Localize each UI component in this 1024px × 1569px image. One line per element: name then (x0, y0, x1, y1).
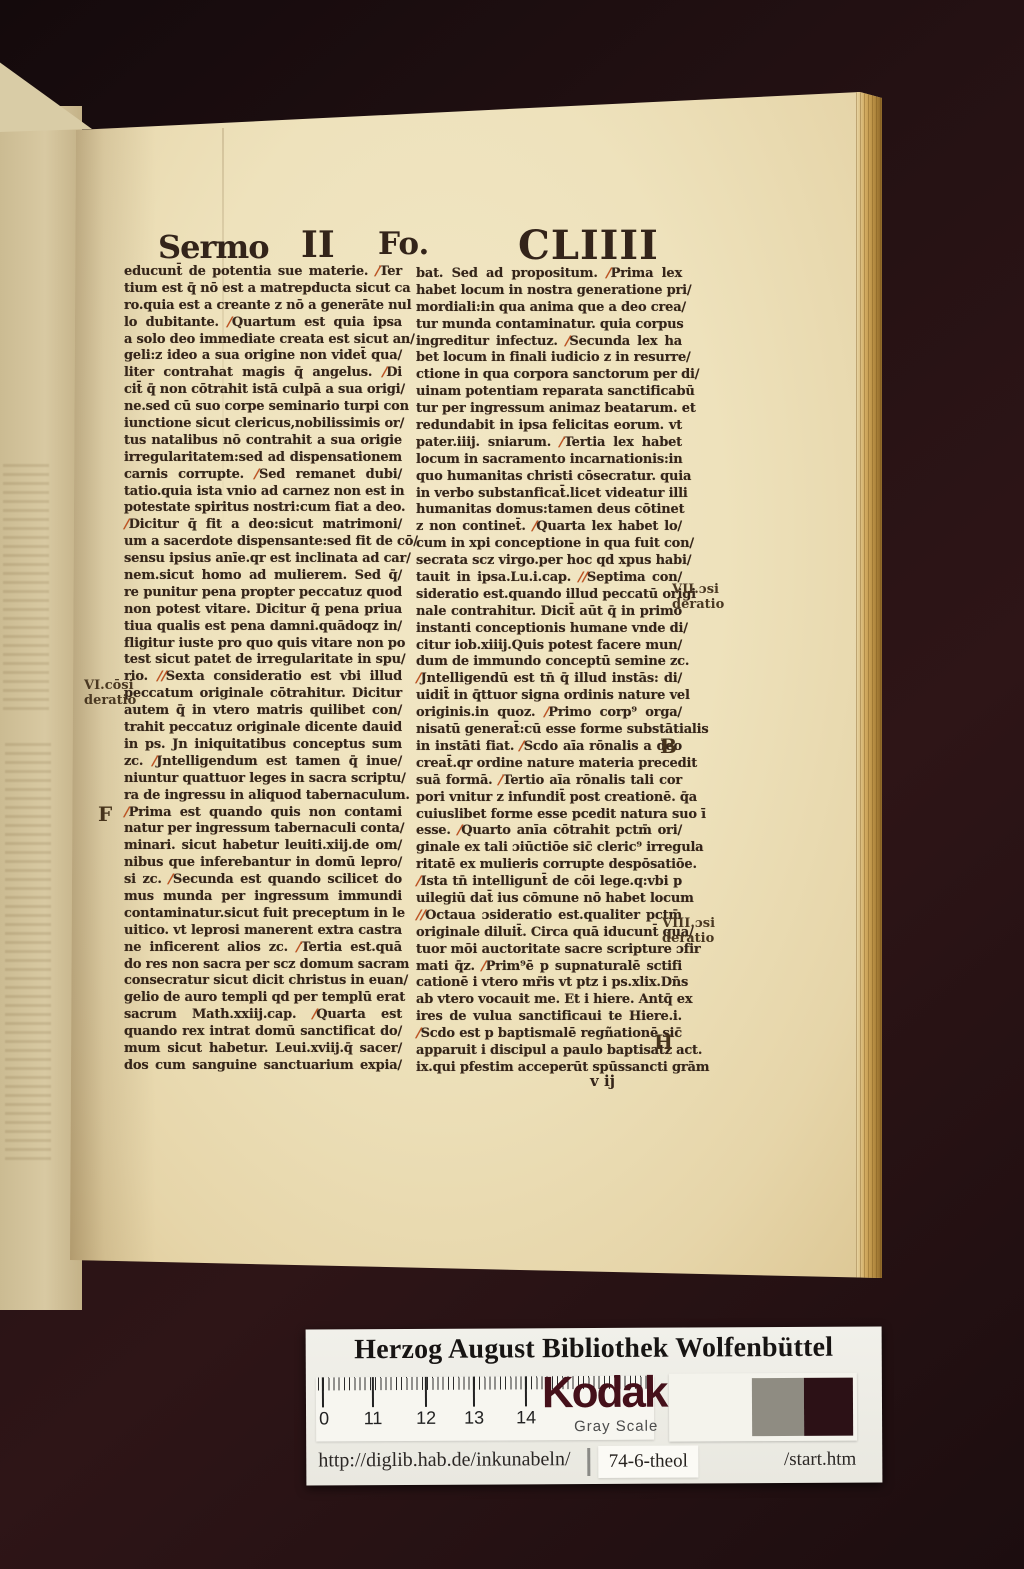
text-line: secrata scz virgo.per hoc qd xpus habi/ (416, 553, 682, 570)
text-line: cuiuslibet forme esse pcedit natura suo … (416, 807, 682, 824)
text-line: irregularitatem:sed ad dispensationem (124, 450, 402, 467)
text-line: potestate spiritus nostri:cum fiat a deo… (124, 500, 402, 517)
text-line: /Jntelligendū est tn̄ q̄ illud instās: d… (416, 671, 682, 688)
header-folio-label: Fo. (378, 226, 429, 262)
text-line: educunt̄ de potentia sue materie. /Ter (124, 264, 402, 281)
text-line: ne.sed cū suo corpe seminario turpi con (124, 399, 402, 416)
text-line: quo humanitas christi cōsecratur. quia (416, 469, 682, 486)
start-page-path: /start.htm (784, 1449, 856, 1471)
header-folio-number: CLIIII (518, 222, 659, 269)
bleed-through-text (5, 740, 51, 1160)
text-line: quando rex intrat domū sanctificat do/ (124, 1024, 402, 1041)
text-line: originale diluit̄. Circa quā iducunt̄ qu… (416, 925, 682, 942)
text-line: z non continet̄. /Quarta lex habet lo/ (416, 519, 682, 536)
bleed-through-text (3, 460, 49, 710)
ruler-number: 12 (416, 1408, 436, 1429)
text-line: /Dicitur q̄ fit a deo:sicut matrimoni/ (124, 517, 402, 534)
text-line: mum sicut habetur. Leui.xviij.q̄ sacer/ (124, 1041, 402, 1058)
text-line: sideratio est.quando illud peccatū origi (416, 587, 682, 604)
text-line: /Scdo est p baptismalē regñationē sic̄ (416, 1026, 682, 1043)
margin-note-consideratio-vii: VII.ɔsi deratio (672, 582, 724, 612)
header-sermon-number: II (301, 224, 335, 266)
shelfmark: 74-6-theol (598, 1445, 698, 1478)
margin-note-line: VII.ɔsi (672, 582, 724, 597)
text-line: sensu ipsius anīe.qr est inclinata ad ca… (124, 551, 402, 568)
ruler-number: 13 (464, 1408, 484, 1429)
margin-note-line: deratio (84, 693, 136, 708)
text-line: nem.sicut homo ad mulierem. Sed q̄/ (124, 568, 402, 585)
ruler-major-tick (372, 1377, 374, 1407)
text-line: cum in xpi conceptione in qua fuit con/ (416, 536, 682, 553)
text-line: //Octaua ɔsideratio est.qualiter pctm̄ (416, 908, 682, 925)
text-line: tiua qualis est pena damni.quādoqz in/ (124, 619, 402, 636)
digital-library-url: http://diglib.hab.de/inkunabeln/ (318, 1448, 570, 1472)
text-line: ritatē ex mulieris corrupte despōsatiōe. (416, 857, 682, 874)
text-line: ra de ingressu in aliquod tabernaculum. (124, 788, 402, 805)
text-line: in verbo substanficat̄.licet videatur il… (416, 486, 682, 503)
text-line: ires de vulua sanctificaui te Hiere.i. (416, 1009, 682, 1026)
text-line: zc. /Jntelligendum est tamen q̄ inue/ (124, 754, 402, 771)
text-line: non potest vitare. Dicitur q̄ pena priua (124, 602, 402, 619)
text-line: re punitur pena propter peccatuz quod (124, 585, 402, 602)
banner-bottom-row: http://diglib.hab.de/inkunabeln/ 74-6-th… (306, 1442, 882, 1483)
text-line: humanitas domus:tamen deus cōtinet (416, 502, 682, 519)
text-line: nibus que inferebantur in domū lepro/ (124, 855, 402, 872)
shelfmark-box: 74-6-theol (598, 1445, 698, 1478)
text-line: iunctione sicut clericus,nobilissimis or… (124, 416, 402, 433)
ruler-number: 11 (364, 1408, 383, 1429)
text-line: pater.iiij. sniarum. /Tertia lex habet (416, 435, 682, 452)
text-line: nale contrahitur. Dicit̄ aūt q̄ in primo (416, 604, 682, 621)
text-line: test sicut patet de irregularitate in sp… (124, 652, 402, 669)
margin-note-consideratio-vi: VI.cōsi deratio (84, 678, 136, 708)
text-line: uilegiū dat̄ ius cōmune nō habet locum (416, 891, 682, 908)
text-line: trahit peccatuz originale dicente dauid (124, 720, 402, 737)
separator-bar (587, 1448, 590, 1476)
text-line: ne inficerent alios zc. /Tertia est.quā (124, 940, 402, 957)
text-line: lo dubitante. /Quartum est quia ipsa (124, 315, 402, 332)
text-line: rio. //Sexta consideratio est vbi illud (124, 669, 402, 686)
text-line: cationē i vtero mr̄is vt ptz i ps.xlix.D… (416, 975, 682, 992)
text-line: uitico. vt leprosi manerent extra castra (124, 923, 402, 940)
text-line: contaminatur.sicut fuit preceptum in le (124, 906, 402, 923)
text-line: tuor mōi auctoritate sacre scripture ɔfi… (416, 942, 682, 959)
text-line: tur munda contaminatur. quia corpus (416, 317, 682, 334)
text-line: mati q̄z. /Prim⁹ē p supnaturalē sctifi (416, 959, 682, 976)
patch-white (673, 1378, 752, 1436)
text-line: suā formā. /Tertio aīa rōnalis tali cor (416, 773, 682, 790)
text-line: esse. /Quarto anīa cōtrahit pctm̄ ori/ (416, 823, 682, 840)
ruler-major-tick (425, 1377, 427, 1407)
margin-note-consideratio-viii: VIII.ɔsi deratio (662, 916, 715, 946)
text-line: cit̄ q̄ non cōtrahit istā culpā a sua or… (124, 382, 402, 399)
text-line: ingreditur infectuz. /Secunda lex ha (416, 334, 682, 351)
text-column-left: educunt̄ de potentia sue materie. /Terti… (124, 264, 402, 1075)
margin-note-line: deratio (662, 931, 715, 946)
text-line: a solo deo immediate creata est sicut an… (124, 332, 402, 349)
margin-note-line: deratio (672, 597, 724, 612)
text-line: autem q̄ in vtero matris quilibet con/ (124, 703, 402, 720)
header-sermo: Sermo (158, 228, 269, 266)
text-line: nisatū generat̄:cū esse forme substātial… (416, 722, 682, 739)
text-line: consecratur sicut dicit christus in euan… (124, 973, 402, 990)
text-line: fligitur iuste pro quo quis vitare non p… (124, 636, 402, 653)
text-line: dum de immundo conceptū semine zc. (416, 654, 682, 671)
library-color-target-banner: Herzog August Bibliothek Wolfenbüttel 01… (306, 1326, 883, 1485)
text-line: carnis corrupte. /Sed remanet dubi/ (124, 467, 402, 484)
quire-signature: v ij (590, 1072, 615, 1090)
gray-scale-patches (669, 1373, 857, 1442)
text-line: tus natalibus nō contrahit a sua origie (124, 433, 402, 450)
text-line: tium est q̄ nō est a matrepducta sicut c… (124, 281, 402, 298)
text-line: apparuit i discipul a paulo baptisatz ac… (416, 1043, 682, 1060)
margin-note-line: VIII.ɔsi (662, 916, 715, 931)
text-line: tatio.quia ista vnio ad carnez non est i… (124, 484, 402, 501)
text-line: dos cum sanguine sanctuarium expia/ (124, 1058, 402, 1075)
text-line: bat. Sed ad propositum. /Prima lex (416, 266, 682, 283)
scanned-book-photo: Sermo II Fo. CLIIII educunt̄ de potentia… (0, 0, 1024, 1569)
text-line: /Prima est quando quis non contami (124, 805, 402, 822)
text-line: minari. sicut habetur leuiti.xiij.de om/ (124, 838, 402, 855)
text-line: tauit in ipsa.Lu.i.cap. //Septima con/ (416, 570, 682, 587)
underlying-page-corner (0, 58, 92, 132)
text-line: in instāti fiat. /Scdo aīa rōnalis a deo (416, 739, 682, 756)
text-line: originis.in quoz. /Primo corp⁹ orga/ (416, 705, 682, 722)
margin-letter-b: B (660, 734, 677, 758)
text-line: instanti conceptionis humane vnde di/ (416, 621, 682, 638)
ruler-major-tick (473, 1377, 475, 1407)
text-line: uinam potentiam reparata sanctificabū (416, 384, 682, 401)
patch-gray (752, 1378, 804, 1436)
text-line: ab vtero vocauit me. Et i hiere. Antq̄ e… (416, 992, 682, 1009)
text-line: pori vnitur z infundit̄ post creationē. … (416, 790, 682, 807)
text-line: liter contrahat magis q̄ angelus. /Di (124, 365, 402, 382)
kodak-logo: Kodak (542, 1368, 667, 1419)
text-line: creat̄.qr ordine nature materia precedit (416, 756, 682, 773)
text-line: tur per ingressum animaz beatarum. et (416, 401, 682, 418)
text-line: redundabit in ipsa felicitas eorum. vt (416, 418, 682, 435)
text-line: ro.quia est a creante z nō a generāte nu… (124, 298, 402, 315)
margin-note-line: VI.cōsi (84, 678, 136, 693)
text-line: citur iob.xiiij.Quis potest facere mun/ (416, 638, 682, 655)
text-line: niuntur quattuor leges in sacra scriptu/ (124, 771, 402, 788)
gray-scale-label: Gray Scale (574, 1418, 658, 1435)
library-name: Herzog August Bibliothek Wolfenbüttel (306, 1331, 882, 1366)
text-line: in ps. Jn iniquitatibus conceptus sum (124, 737, 402, 754)
text-line: uidit̄ in q̄ttuor signa ordinis nature v… (416, 688, 682, 705)
text-column-right: bat. Sed ad propositum. /Prima lexhabet … (416, 266, 682, 1077)
text-line: habet locum in nostra generatione pri/ (416, 283, 682, 300)
fore-edge (856, 88, 882, 1282)
margin-letter-h: H (654, 1030, 673, 1054)
ruler-number: 14 (516, 1407, 536, 1428)
margin-letter-f: F (98, 802, 112, 826)
text-line: um a sacerdote dispensante:sed fit de cō… (124, 534, 402, 551)
ruler-major-tick (525, 1376, 527, 1406)
text-line: natur per ingressum tabernaculi conta/ (124, 821, 402, 838)
text-line: gelio de auro templi qd per templū erat (124, 990, 402, 1007)
text-line: do res non sacra per scz domum sacram (124, 957, 402, 974)
text-line: ix.qui pfestim acceperūt spūssancti grām (416, 1060, 682, 1077)
book-page: Sermo II Fo. CLIIII educunt̄ de potentia… (70, 88, 882, 1282)
text-line: peccatum originale cōtrahitur. Dicitur (124, 686, 402, 703)
text-line: bet locum in finali iudicio z in resurre… (416, 350, 682, 367)
ruler-number: 0 (319, 1408, 329, 1429)
text-line: si zc. /Secunda est quando scilicet do (124, 872, 402, 889)
text-line: geli:z ideo a sua origine non videt̄ qua… (124, 348, 402, 365)
text-line: mus munda per ingressum immundi (124, 889, 402, 906)
text-line: sacrum Math.xxiij.cap. /Quarta est (124, 1007, 402, 1024)
text-line: mordiali:in qua anima que a deo crea/ (416, 300, 682, 317)
patch-black (804, 1378, 853, 1436)
text-line: /Ista tn̄ intelligunt̄ de cōi lege.q:vbi… (416, 874, 682, 891)
text-line: locum in sacramento incarnationis:in (416, 452, 682, 469)
text-line: ginale ex tali ɔiūctiōe sic̄ cleric⁹ irr… (416, 840, 682, 857)
text-line: ctione in qua corpora sanctorum per di/ (416, 367, 682, 384)
ruler-major-tick (322, 1377, 324, 1407)
